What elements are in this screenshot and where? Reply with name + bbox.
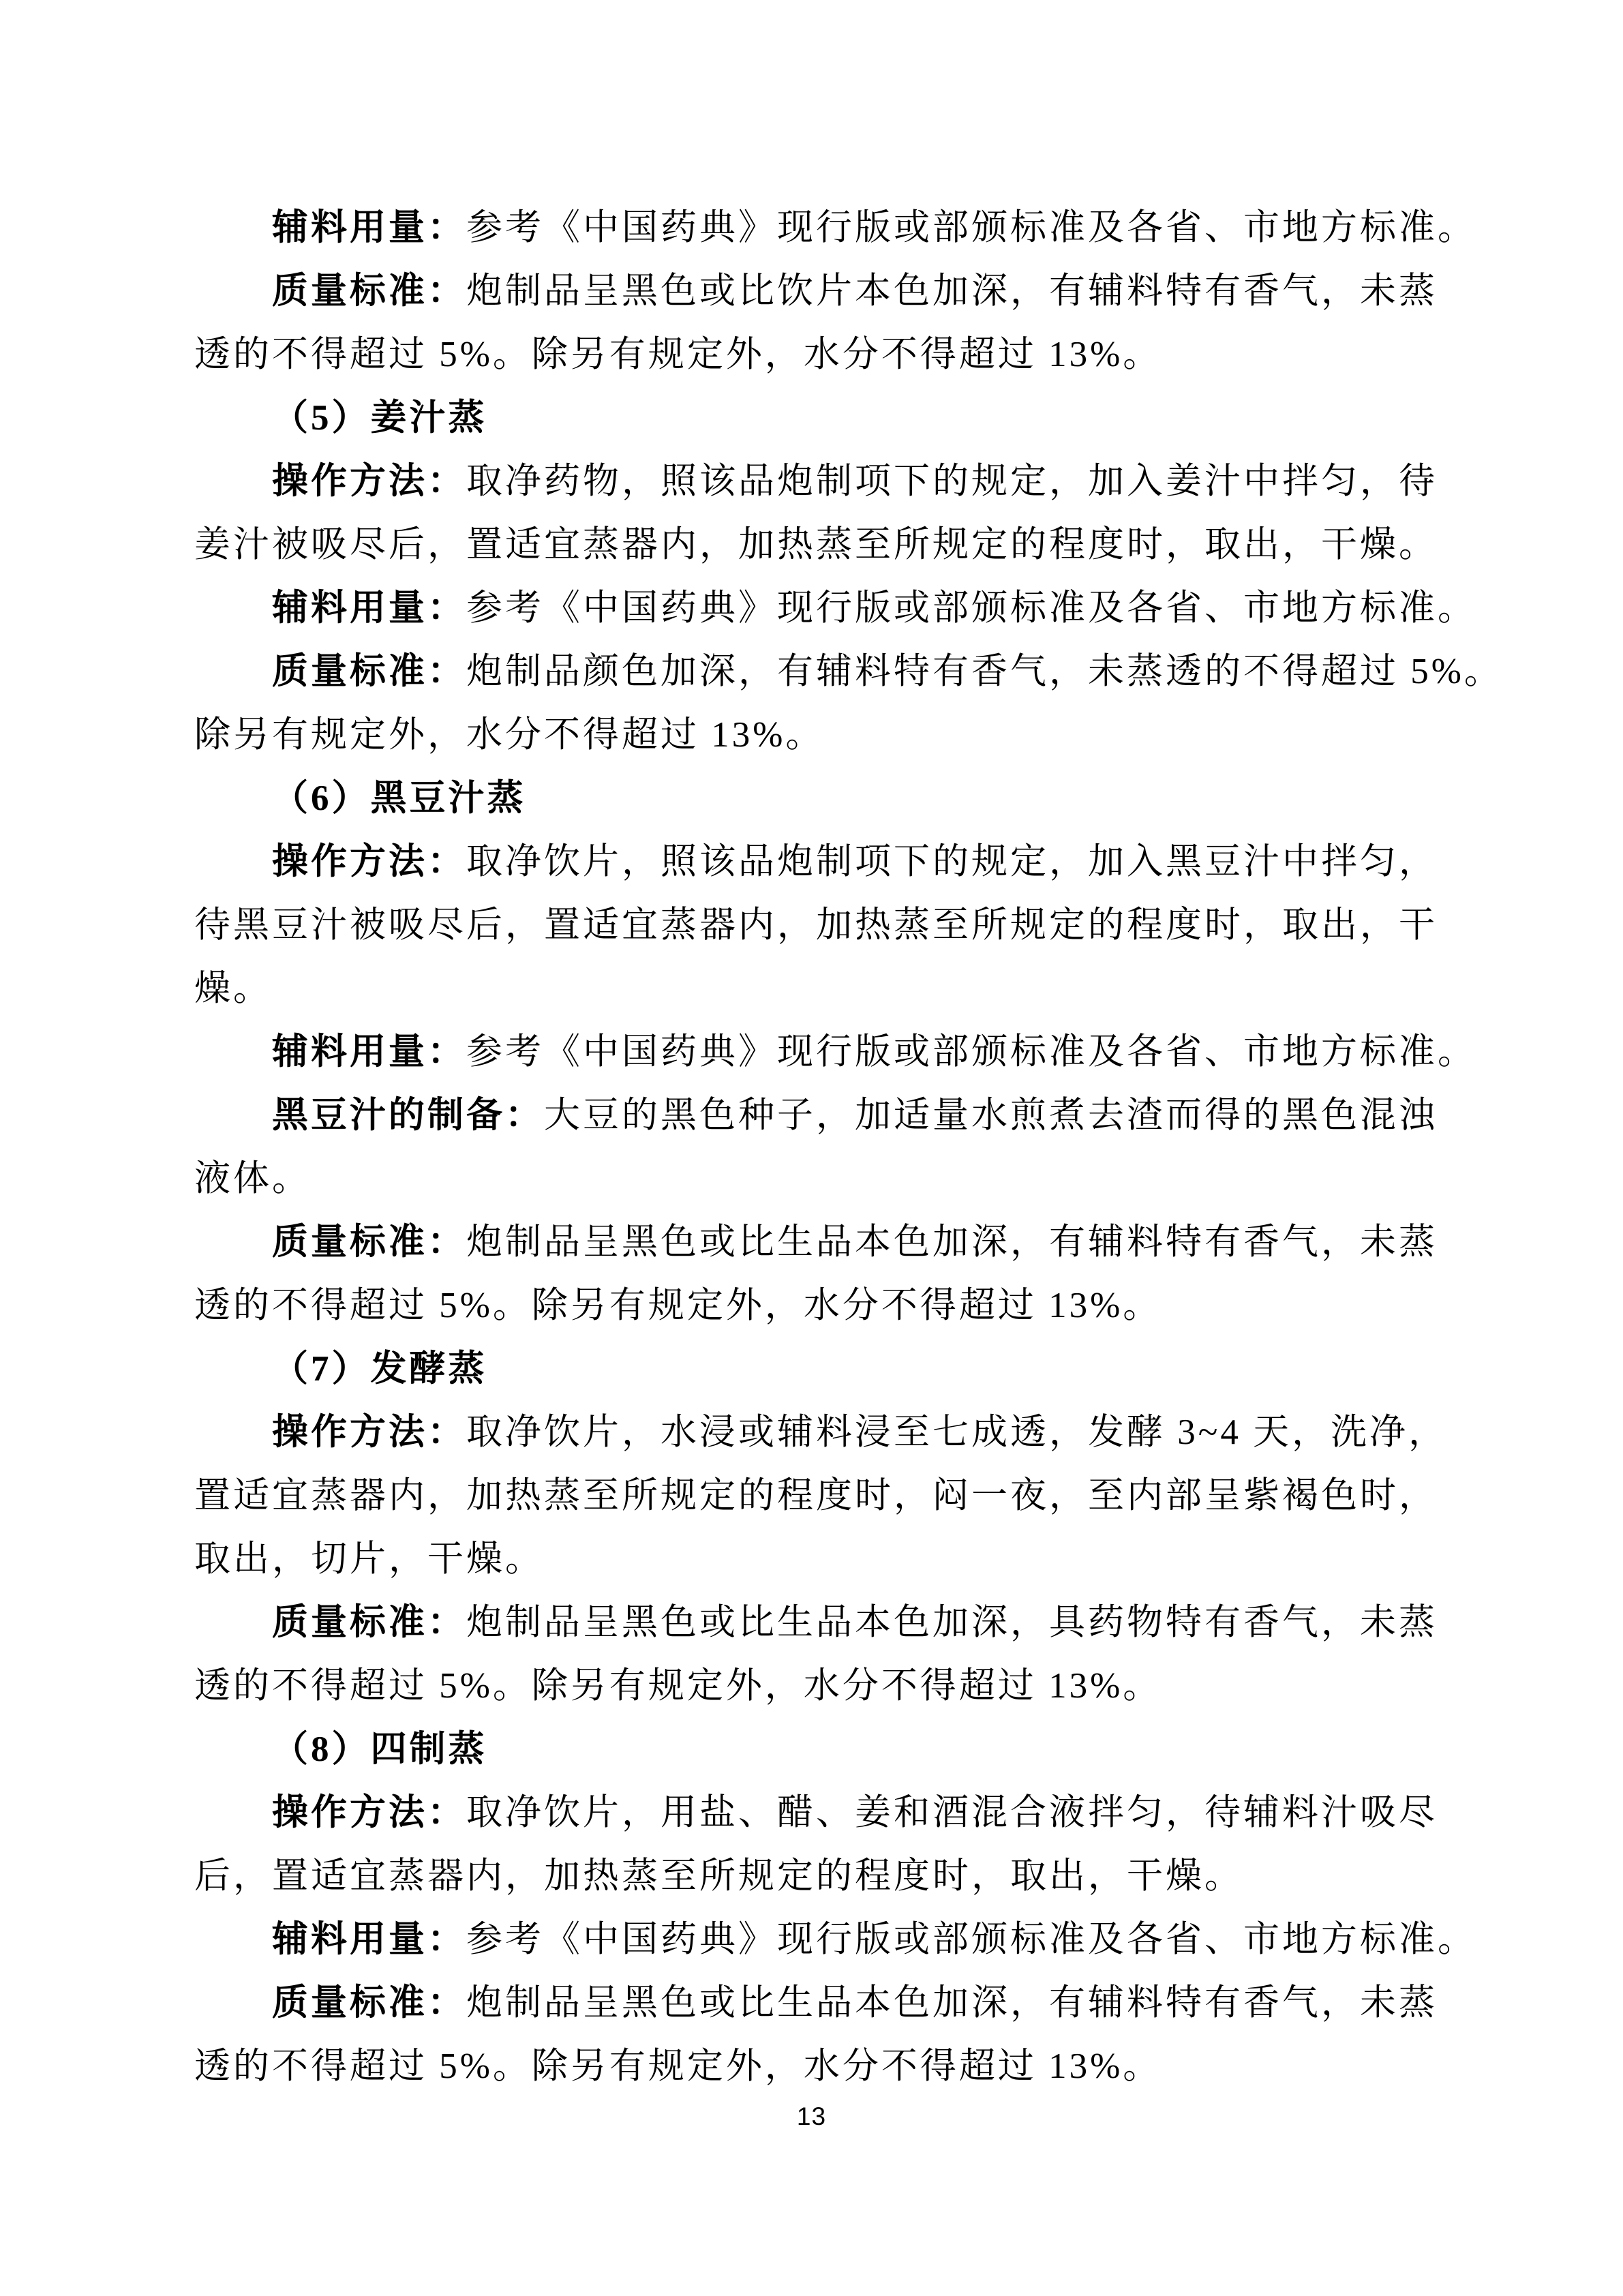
text-line: 辅料用量：参考《中国药典》现行版或部颁标准及各省、市地方标准。 [194, 196, 1483, 260]
line-text: 除另有规定外，水分不得超过 13%。 [194, 715, 824, 755]
line-label: 质量标准： [272, 271, 466, 311]
line-text: 参考《中国药典》现行版或部颁标准及各省、市地方标准。 [466, 208, 1476, 247]
line-label: 辅料用量： [272, 1032, 466, 1072]
line-text: 透的不得超过 5%。除另有规定外，水分不得超过 13%。 [194, 335, 1162, 374]
text-line: 燥。 [194, 957, 1483, 1021]
text-line: （7）发酵蒸 [194, 1338, 1483, 1401]
line-text: 取净饮片，用盐、醋、姜和酒混合液拌匀，待辅料汁吸尽 [466, 1793, 1438, 1832]
text-line: （6）黑豆汁蒸 [194, 767, 1483, 830]
line-text: 取出，切片，干燥。 [194, 1539, 544, 1579]
text-line: 操作方法：取净饮片，水浸或辅料浸至七成透，发酵 3~4 天，洗净， [194, 1401, 1483, 1464]
line-text: 炮制品呈黑色或比生品本色加深，具药物特有香气，未蒸 [466, 1603, 1438, 1642]
line-label: （5）姜汁蒸 [272, 398, 487, 438]
line-text: 炮制品呈黑色或比生品本色加深，有辅料特有香气，未蒸 [466, 1222, 1438, 1262]
text-line: 置适宜蒸器内，加热蒸至所规定的程度时，闷一夜，至内部呈紫褐色时， [194, 1464, 1483, 1528]
text-line: 质量标准：炮制品呈黑色或比生品本色加深，有辅料特有香气，未蒸 [194, 1972, 1483, 2035]
text-line: 液体。 [194, 1147, 1483, 1211]
line-text: 炮制品呈黑色或比生品本色加深，有辅料特有香气，未蒸 [466, 1983, 1438, 2023]
text-line: （5）姜汁蒸 [194, 387, 1483, 450]
text-line: 黑豆汁的制备：大豆的黑色种子，加适量水煎煮去渣而得的黑色混浊 [194, 1084, 1483, 1147]
line-text: 待黑豆汁被吸尽后，置适宜蒸器内，加热蒸至所规定的程度时，取出，干 [194, 905, 1438, 945]
line-label: （8）四制蒸 [272, 1729, 487, 1769]
text-line: 操作方法：取净药物，照该品炮制项下的规定，加入姜汁中拌匀，待 [194, 450, 1483, 513]
line-text: 大豆的黑色种子，加适量水煎煮去渣而得的黑色混浊 [544, 1096, 1438, 1135]
line-text: 后，置适宜蒸器内，加热蒸至所规定的程度时，取出，干燥。 [194, 1856, 1243, 1896]
line-text: 透的不得超过 5%。除另有规定外，水分不得超过 13%。 [194, 1666, 1162, 1706]
line-label: 辅料用量： [272, 1920, 466, 1959]
line-label: （6）黑豆汁蒸 [272, 779, 526, 818]
line-label: （7）发酵蒸 [272, 1349, 487, 1389]
text-line: 质量标准：炮制品颜色加深，有辅料特有香气，未蒸透的不得超过 5%。 [194, 640, 1483, 704]
line-text: 炮制品颜色加深，有辅料特有香气，未蒸透的不得超过 5%。 [466, 652, 1503, 691]
page-number: 13 [0, 2102, 1623, 2131]
line-text: 取净药物，照该品炮制项下的规定，加入姜汁中拌匀，待 [466, 462, 1438, 501]
line-text: 参考《中国药典》现行版或部颁标准及各省、市地方标准。 [466, 1920, 1476, 1959]
text-line: 质量标准：炮制品呈黑色或比生品本色加深，具药物特有香气，未蒸 [194, 1591, 1483, 1655]
line-text: 燥。 [194, 969, 272, 1008]
text-line: 除另有规定外，水分不得超过 13%。 [194, 704, 1483, 767]
text-line: 透的不得超过 5%。除另有规定外，水分不得超过 13%。 [194, 323, 1483, 387]
line-label: 质量标准： [272, 652, 466, 691]
text-line: 操作方法：取净饮片，用盐、醋、姜和酒混合液拌匀，待辅料汁吸尽 [194, 1781, 1483, 1845]
text-line: 辅料用量：参考《中国药典》现行版或部颁标准及各省、市地方标准。 [194, 1908, 1483, 1972]
line-text: 置适宜蒸器内，加热蒸至所规定的程度时，闷一夜，至内部呈紫褐色时， [194, 1476, 1438, 1515]
line-label: 操作方法： [272, 842, 466, 881]
text-line: 质量标准：炮制品呈黑色或比饮片本色加深，有辅料特有香气，未蒸 [194, 260, 1483, 323]
line-label: 操作方法： [272, 1413, 466, 1452]
line-label: 质量标准： [272, 1983, 466, 2023]
text-line: （8）四制蒸 [194, 1718, 1483, 1781]
document-page: 辅料用量：参考《中国药典》现行版或部颁标准及各省、市地方标准。 质量标准：炮制品… [0, 0, 1623, 2296]
text-line: 透的不得超过 5%。除另有规定外，水分不得超过 13%。 [194, 1655, 1483, 1718]
text-line: 质量标准：炮制品呈黑色或比生品本色加深，有辅料特有香气，未蒸 [194, 1211, 1483, 1274]
text-line: 透的不得超过 5%。除另有规定外，水分不得超过 13%。 [194, 2035, 1483, 2098]
line-label: 操作方法： [272, 1793, 466, 1832]
line-text: 取净饮片，水浸或辅料浸至七成透，发酵 3~4 天，洗净， [466, 1413, 1447, 1452]
line-label: 辅料用量： [272, 208, 466, 247]
line-label: 质量标准： [272, 1222, 466, 1262]
text-line: 姜汁被吸尽后，置适宜蒸器内，加热蒸至所规定的程度时，取出，干燥。 [194, 513, 1483, 577]
text-line: 辅料用量：参考《中国药典》现行版或部颁标准及各省、市地方标准。 [194, 1021, 1483, 1084]
text-line: 取出，切片，干燥。 [194, 1528, 1483, 1591]
line-label: 操作方法： [272, 462, 466, 501]
line-text: 液体。 [194, 1159, 311, 1198]
text-line: 操作方法：取净饮片，照该品炮制项下的规定，加入黑豆汁中拌匀， [194, 830, 1483, 894]
line-text: 透的不得超过 5%。除另有规定外，水分不得超过 13%。 [194, 1286, 1162, 1325]
line-text: 姜汁被吸尽后，置适宜蒸器内，加热蒸至所规定的程度时，取出，干燥。 [194, 525, 1438, 564]
document-text-block: 辅料用量：参考《中国药典》现行版或部颁标准及各省、市地方标准。 质量标准：炮制品… [194, 196, 1483, 2098]
line-label: 辅料用量： [272, 588, 466, 628]
line-text: 参考《中国药典》现行版或部颁标准及各省、市地方标准。 [466, 588, 1476, 628]
line-text: 参考《中国药典》现行版或部颁标准及各省、市地方标准。 [466, 1032, 1476, 1072]
line-label: 黑豆汁的制备： [272, 1096, 544, 1135]
text-line: 透的不得超过 5%。除另有规定外，水分不得超过 13%。 [194, 1274, 1483, 1338]
line-text: 取净饮片，照该品炮制项下的规定，加入黑豆汁中拌匀， [466, 842, 1438, 881]
line-text: 炮制品呈黑色或比饮片本色加深，有辅料特有香气，未蒸 [466, 271, 1438, 311]
text-line: 后，置适宜蒸器内，加热蒸至所规定的程度时，取出，干燥。 [194, 1845, 1483, 1908]
line-label: 质量标准： [272, 1603, 466, 1642]
line-text: 透的不得超过 5%。除另有规定外，水分不得超过 13%。 [194, 2046, 1162, 2086]
text-line: 待黑豆汁被吸尽后，置适宜蒸器内，加热蒸至所规定的程度时，取出，干 [194, 894, 1483, 957]
text-line: 辅料用量：参考《中国药典》现行版或部颁标准及各省、市地方标准。 [194, 577, 1483, 640]
